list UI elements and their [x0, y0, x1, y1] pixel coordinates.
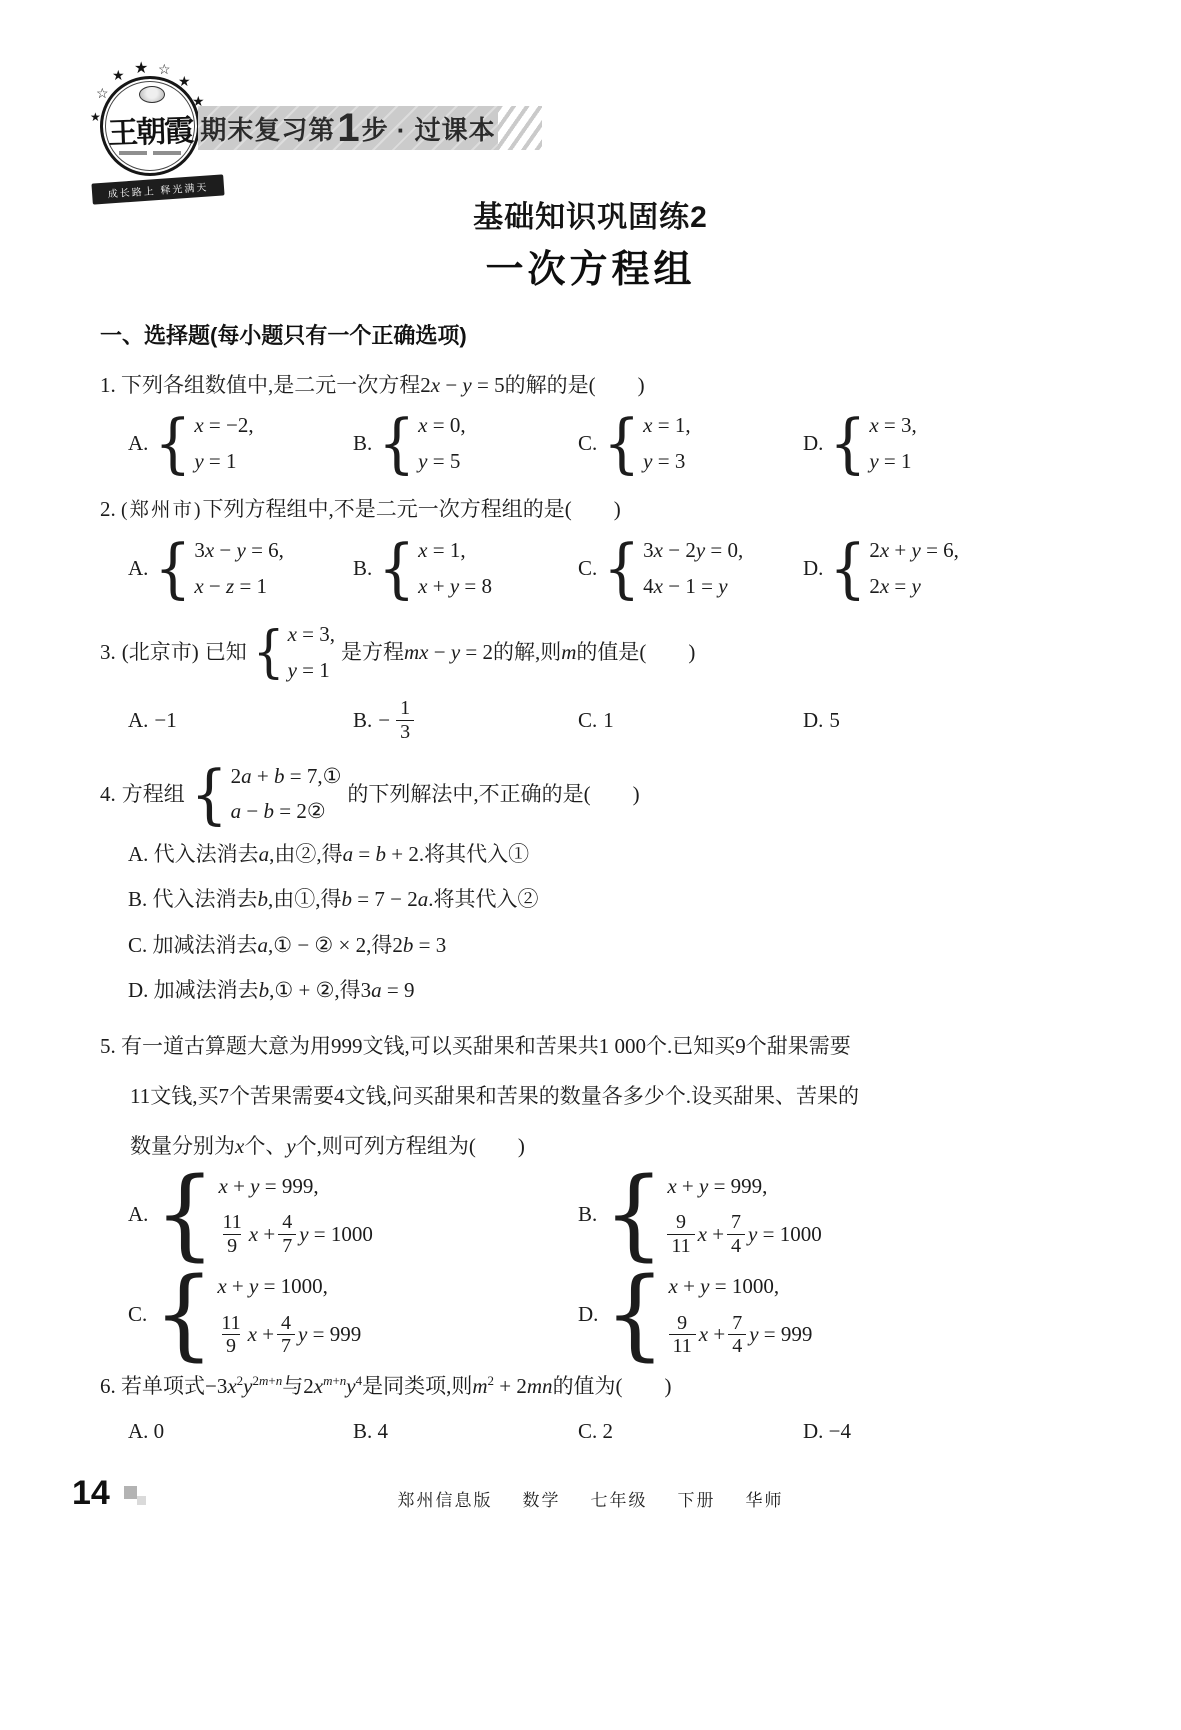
- option-label: D.: [803, 428, 823, 458]
- q2-option-d: D. {2x + y = 6,2x = y: [803, 535, 1090, 601]
- q3-stem: 3. (北京市)已知 {x = 3,y = 1 是方程mx − y = 2的解,…: [100, 619, 1090, 685]
- header-banner: 期末复习第 1 步 · 过课本: [198, 106, 498, 150]
- equation-system: {x = 3,y = 1: [253, 619, 335, 685]
- q6-option-b: B. 4: [353, 1416, 578, 1446]
- worksheet-page: ★ ☆ ★ ★ ☆ ★ ★ ★ 王朝霞 成长路上 释光满天 期末复习第 1 步 …: [0, 0, 1181, 1730]
- option-value: −1: [154, 705, 176, 735]
- brace-icon: {: [253, 627, 285, 677]
- worksheet-body: 一、选择题(每小题只有一个正确选项) 1. 下列各组数值中,是二元一次方程2x …: [100, 320, 1090, 1446]
- fraction: 47: [277, 1312, 295, 1358]
- equation-system: {x = 1,y = 3: [603, 410, 690, 476]
- q1-option-b: B. {x = 0,y = 5: [353, 410, 578, 476]
- equation-system: {3x − y = 6,x − z = 1: [154, 535, 284, 601]
- fraction: 47: [278, 1211, 296, 1257]
- q6-option-d: D. −4: [803, 1416, 1090, 1446]
- brace-icon: {: [603, 539, 640, 597]
- banner-text-pre: 期末复习第: [200, 110, 335, 147]
- q2-text: 下列方程组中,不是二元一次方程组的是( ): [203, 497, 621, 521]
- q4-pre: 方程组: [122, 779, 185, 809]
- star-icon: ★: [112, 68, 125, 85]
- equation-system: {x = 0,y = 5: [378, 410, 465, 476]
- star-icon: ★: [134, 58, 148, 78]
- footer-item: 下册: [678, 1486, 716, 1511]
- q6-option-c: C. 2: [578, 1416, 803, 1446]
- q3-source: (北京市): [122, 637, 199, 667]
- page-footer: 14 郑州信息版 数学 七年级 下册 华师: [0, 1472, 1181, 1532]
- option-label: B.: [353, 705, 372, 735]
- brace-icon: {: [153, 1270, 214, 1358]
- option-label: B.: [353, 428, 372, 458]
- brand-name: 王朝霞: [102, 105, 197, 152]
- equation-system: { x + y = 999, 119x + 47y = 1000: [154, 1171, 372, 1257]
- brace-icon: {: [154, 539, 191, 597]
- q4-number: 4.: [100, 779, 116, 809]
- option-label: D.: [803, 553, 823, 583]
- option-label: A.: [128, 1199, 148, 1229]
- q3-post: 是方程mx − y = 2的解,则m的值是( ): [341, 637, 695, 667]
- fraction: 74: [728, 1312, 746, 1358]
- q5-option-c: C. { x + y = 1000, 119x + 47y = 999: [128, 1271, 578, 1357]
- q3-option-a: A. −1: [128, 705, 353, 735]
- equation-system: {x = −2,y = 1: [154, 410, 253, 476]
- exercise-subtitle: 基础知识巩固练2: [0, 192, 1181, 236]
- option-label: D.: [578, 1299, 598, 1329]
- option-label: D.: [803, 705, 823, 735]
- q6-options: A. 0 B. 4 C. 2 D. −4: [100, 1416, 1090, 1446]
- minus-sign: −: [378, 705, 390, 735]
- logo-small-text: [119, 151, 147, 155]
- brace-icon: {: [378, 539, 415, 597]
- q3-options: A. −1 B. −13 C. 1 D. 5: [100, 697, 1090, 743]
- q4-option-c: C. 加减法消去a,① − ② × 2,得2b = 3: [100, 930, 1090, 960]
- footer-edition-info: 郑州信息版 数学 七年级 下册 华师: [0, 1486, 1181, 1511]
- fraction: 74: [727, 1211, 745, 1257]
- logo-small-text: [153, 151, 181, 155]
- q4-stem: 4. 方程组 {2a + b = 7,①a − b = 2② 的下列解法中,不正…: [100, 761, 1090, 827]
- q4-option-a: A. 代入法消去a,由②,得a = b + 2.将其代入①: [100, 839, 1090, 869]
- q2-source: (郑州市): [121, 500, 203, 521]
- q3-option-d: D. 5: [803, 705, 1090, 735]
- q5-stem-line1: 5. 有一道古算题大意为用999文钱,可以买甜果和苦果共1 000个.已知买9个…: [100, 1021, 1090, 1071]
- q5-stem-line2: 11文钱,买7个苦果需要4文钱,问买甜果和苦果的数量各多少个.设买甜果、苦果的: [100, 1071, 1090, 1121]
- q5-option-a: A. { x + y = 999, 119x + 47y = 1000: [128, 1171, 578, 1257]
- option-label: A.: [128, 553, 148, 583]
- option-label: C.: [578, 553, 597, 583]
- equation-system: {x = 1,x + y = 8: [378, 535, 492, 601]
- q1-options: A. {x = −2,y = 1 B. {x = 0,y = 5 C. {x =…: [100, 410, 1090, 476]
- q2-stem: 2. (郑州市)下列方程组中,不是二元一次方程组的是( ): [100, 494, 1090, 525]
- q1-option-c: C. {x = 1,y = 3: [578, 410, 803, 476]
- fraction: 911: [667, 1211, 694, 1257]
- q1-option-d: D. {x = 3,y = 1: [803, 410, 1090, 476]
- fraction: 119: [217, 1312, 244, 1358]
- logo-circle: 王朝霞: [100, 76, 200, 176]
- q5-options: A. { x + y = 999, 119x + 47y = 1000 B. {…: [100, 1171, 1090, 1358]
- brace-icon: {: [829, 414, 866, 472]
- equation-system: { x + y = 1000, 911x + 74y = 999: [604, 1271, 812, 1357]
- equation-system: {2x + y = 6,2x = y: [829, 535, 959, 601]
- option-label: B.: [578, 1199, 597, 1229]
- equation-system: {x = 3,y = 1: [829, 410, 916, 476]
- q5-stem-line3: 数量分别为x个、y个,则可列方程组为( ): [100, 1121, 1090, 1171]
- q2-option-c: C. {3x − 2y = 0,4x − 1 = y: [578, 535, 803, 601]
- brace-icon: {: [603, 1170, 664, 1258]
- option-label: C.: [128, 1299, 147, 1329]
- equation-system: { x + y = 999, 911x + 74y = 1000: [603, 1171, 821, 1257]
- q4-option-b: B. 代入法消去b,由①,得b = 7 − 2a.将其代入②: [100, 884, 1090, 914]
- brace-icon: {: [154, 1170, 215, 1258]
- section-heading: 一、选择题(每小题只有一个正确选项): [100, 320, 1090, 352]
- equation-system: {3x − 2y = 0,4x − 1 = y: [603, 535, 743, 601]
- q3-option-c: C. 1: [578, 705, 803, 735]
- exponent: 2m+n: [253, 1373, 283, 1388]
- footer-item: 数学: [523, 1486, 561, 1511]
- banner-text-post: 步 · 过课本: [362, 110, 496, 147]
- q2-option-b: B. {x = 1,x + y = 8: [353, 535, 578, 601]
- footer-item: 华师: [746, 1486, 784, 1511]
- brace-icon: {: [154, 414, 191, 472]
- option-label: A.: [128, 428, 148, 458]
- brace-icon: {: [603, 414, 640, 472]
- q4-option-d: D. 加减法消去b,① + ②,得3a = 9: [100, 975, 1090, 1005]
- equation-system: {2a + b = 7,①a − b = 2②: [191, 761, 342, 827]
- q3-option-b: B. −13: [353, 697, 578, 743]
- fraction: 911: [669, 1312, 696, 1358]
- footer-item: 七年级: [591, 1486, 648, 1511]
- brace-icon: {: [829, 539, 866, 597]
- brace-icon: {: [604, 1270, 665, 1358]
- fraction: 13: [396, 697, 414, 743]
- option-label: C.: [578, 705, 597, 735]
- portrait-icon: [139, 86, 165, 103]
- q5-option-d: D. { x + y = 1000, 911x + 74y = 999: [578, 1271, 1090, 1357]
- exponent: m+n: [323, 1373, 346, 1388]
- q1-stem: 1. 下列各组数值中,是二元一次方程2x − y = 5的解的是( ): [100, 370, 1090, 400]
- option-label: C.: [578, 428, 597, 458]
- banner-step-number: 1: [335, 108, 361, 148]
- q2-number: 2.: [100, 497, 116, 521]
- option-label: A.: [128, 705, 148, 735]
- q5-option-b: B. { x + y = 999, 911x + 74y = 1000: [578, 1171, 1090, 1257]
- q6-stem: 6. 若单项式−3x2y2m+n与2xm+ny4是同类项,则m2 + 2mn的值…: [100, 1371, 1090, 1401]
- footer-item: 郑州信息版: [398, 1486, 493, 1511]
- q3-pre: 已知: [205, 637, 247, 667]
- brace-icon: {: [191, 765, 228, 823]
- banner-hatch-decoration: [498, 106, 542, 150]
- option-value: 5: [829, 705, 840, 735]
- page-title: 一次方程组: [0, 238, 1181, 293]
- brace-icon: {: [378, 414, 415, 472]
- q4-post: 的下列解法中,不正确的是( ): [347, 779, 639, 809]
- fraction: 119: [219, 1211, 246, 1257]
- q5: 5. 有一道古算题大意为用999文钱,可以买甜果和苦果共1 000个.已知买9个…: [100, 1021, 1090, 1358]
- q3-number: 3.: [100, 637, 116, 667]
- option-label: B.: [353, 553, 372, 583]
- q6-option-a: A. 0: [128, 1416, 353, 1446]
- q2-option-a: A. {3x − y = 6,x − z = 1: [128, 535, 353, 601]
- equation-system: { x + y = 1000, 119x + 47y = 999: [153, 1271, 361, 1357]
- option-value: 1: [603, 705, 614, 735]
- q1-option-a: A. {x = −2,y = 1: [128, 410, 353, 476]
- q2-options: A. {3x − y = 6,x − z = 1 B. {x = 1,x + y…: [100, 535, 1090, 601]
